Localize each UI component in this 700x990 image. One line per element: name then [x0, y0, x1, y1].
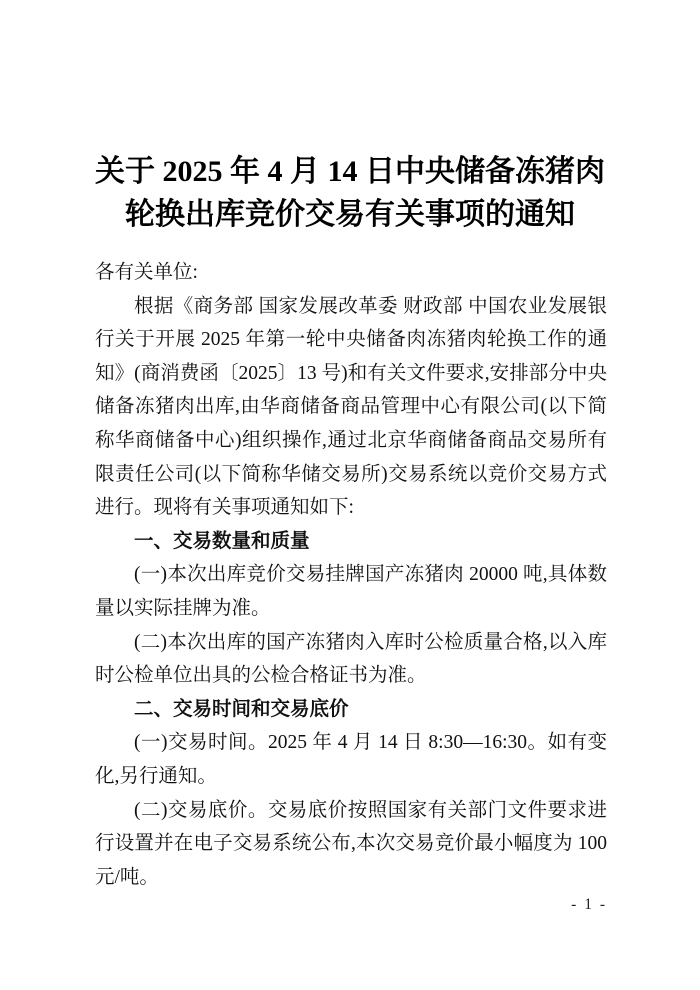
- title-line-2: 轮换出库竞价交易有关事项的通知: [50, 193, 650, 236]
- section-2-paragraph-1: (一)交易时间。2025 年 4 月 14 日 8:30—16:30。如有变化,…: [95, 726, 607, 793]
- section-1-heading: 一、交易数量和质量: [95, 525, 607, 559]
- intro-paragraph: 根据《商务部 国家发展改革委 财政部 中国农业发展银行关于开展 2025 年第一…: [95, 290, 607, 525]
- title-line-1: 关于 2025 年 4 月 14 日中央储备冻猪肉: [50, 150, 650, 193]
- page-number: - 1 -: [571, 896, 607, 914]
- section-1-paragraph-2: (二)本次出库的国产冻猪肉入库时公检质量合格,以入库时公检单位出具的公检合格证书…: [95, 626, 607, 693]
- document-body: 各有关单位: 根据《商务部 国家发展改革委 财政部 中国农业发展银行关于开展 2…: [95, 256, 607, 894]
- section-1-paragraph-1: (一)本次出库竞价交易挂牌国产冻猪肉 20000 吨,具体数量以实际挂牌为准。: [95, 558, 607, 625]
- section-2-heading: 二、交易时间和交易底价: [95, 693, 607, 727]
- section-2-paragraph-2: (二)交易底价。交易底价按照国家有关部门文件要求进行设置并在电子交易系统公布,本…: [95, 794, 607, 895]
- document-page: 关于 2025 年 4 月 14 日中央储备冻猪肉 轮换出库竞价交易有关事项的通…: [0, 0, 700, 990]
- document-title: 关于 2025 年 4 月 14 日中央储备冻猪肉 轮换出库竞价交易有关事项的通…: [50, 150, 650, 236]
- salutation: 各有关单位:: [95, 256, 607, 290]
